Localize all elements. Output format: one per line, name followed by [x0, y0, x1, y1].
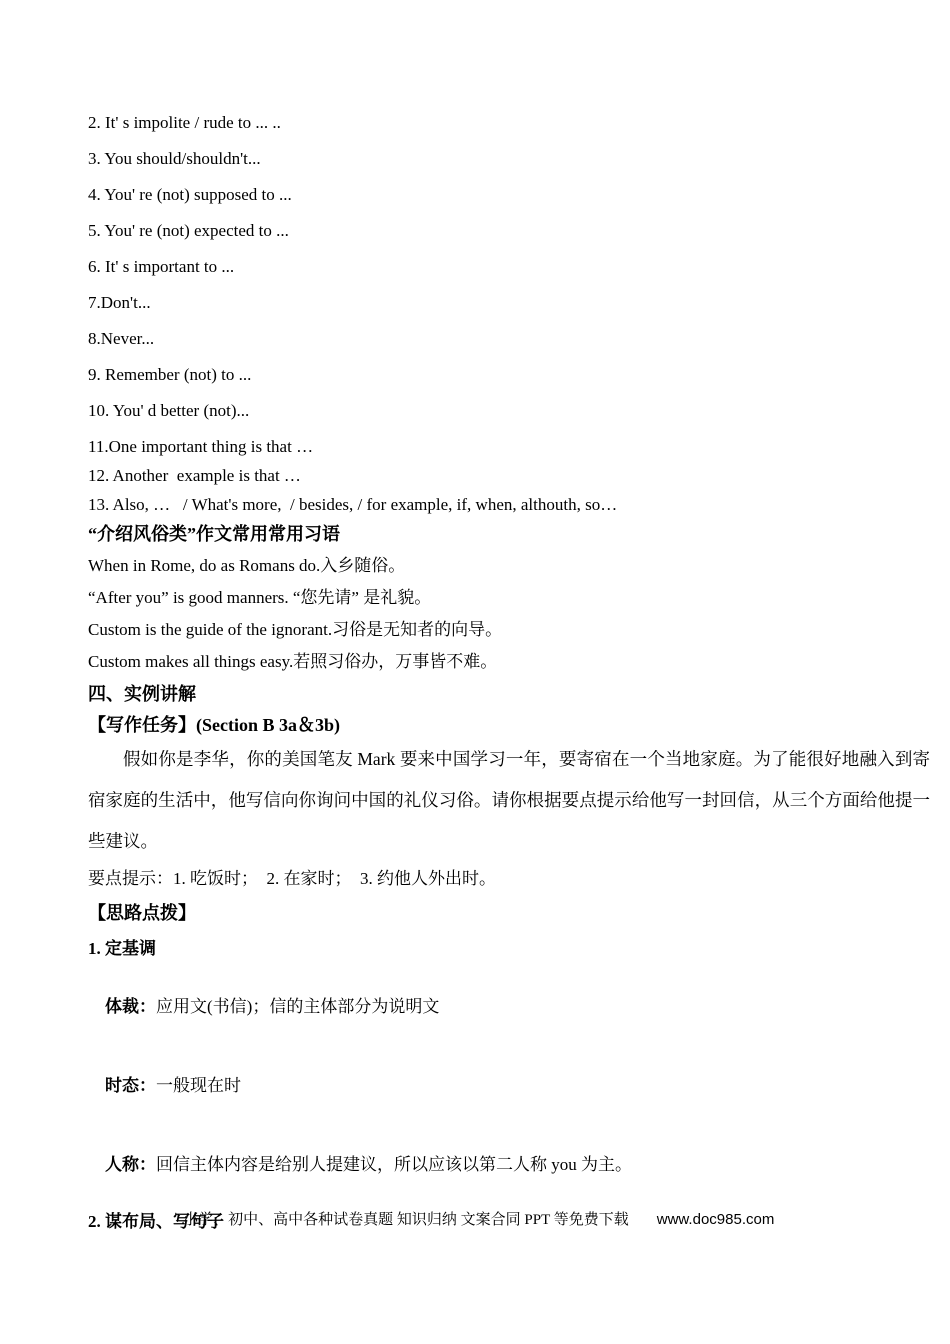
list-item: 5. You' re (not) expected to ...	[88, 220, 930, 242]
footer-text: 小学、初中、高中各种试卷真题 知识归纳 文案合同 PPT 等免费下载	[183, 1212, 629, 1228]
footer-url: www.doc985.com	[657, 1211, 775, 1228]
tip-person-label: 人称：	[105, 1155, 156, 1174]
idiom-section-heading: “介绍风俗类”作文常用常用习语	[88, 523, 930, 546]
idiom-line: Custom makes all things easy.若照习俗办，万事皆不难…	[88, 651, 930, 673]
list-item: 9. Remember (not) to ...	[88, 364, 930, 386]
tip-genre-text: 应用文(书信)；信的主体部分为说明文	[156, 997, 439, 1016]
tip-person-text: 回信主体内容是给别人提建议，所以应该以第二人称 you 为主。	[156, 1155, 632, 1174]
list-item: 11.One important thing is that …	[88, 436, 930, 458]
tip-tense-line: 时态：一般现在时	[88, 1053, 930, 1119]
idiom-line: “After you” is good manners. “您先请” 是礼貌。	[88, 587, 930, 609]
idiom-line: Custom is the guide of the ignorant.习俗是无…	[88, 619, 930, 641]
section-heading: 四、实例讲解	[88, 683, 930, 706]
tip-genre-line: 体裁：应用文(书信)；信的主体部分为说明文	[88, 974, 930, 1040]
writing-task-heading: 【写作任务】(Section B 3a＆3b)	[88, 714, 930, 737]
tip-tense-text: 一般现在时	[156, 1076, 241, 1095]
tip1-heading: 1. 定基调	[88, 938, 930, 960]
list-item: 3. You should/shouldn't...	[88, 148, 930, 170]
list-item: 6. It' s important to ...	[88, 256, 930, 278]
list-item: 4. You' re (not) supposed to ...	[88, 184, 930, 206]
list-item: 10. You' d better (not)...	[88, 400, 930, 422]
key-points-line: 要点提示：1. 吃饭时； 2. 在家时； 3. 约他人外出时。	[88, 868, 930, 890]
document-page: 2. It' s impolite / rude to ... .. 3. Yo…	[0, 0, 950, 1344]
tips-heading: 【思路点拨】	[88, 902, 930, 925]
list-item: 13. Also, … / What's more, / besides, / …	[88, 494, 930, 516]
list-item: 12. Another example is that …	[88, 465, 930, 487]
list-item: 7.Don't...	[88, 292, 930, 314]
list-item: 8.Never...	[88, 328, 930, 350]
writing-task-paragraph: 假如你是李华，你的美国笔友 Mark 要来中国学习一年，要寄宿在一个当地家庭。为…	[88, 739, 930, 862]
tip-person-line: 人称：回信主体内容是给别人提建议，所以应该以第二人称 you 为主。	[88, 1132, 930, 1198]
list-item: 2. It' s impolite / rude to ... ..	[88, 112, 930, 134]
tip-genre-label: 体裁：	[105, 997, 156, 1016]
page-footer: 小学、初中、高中各种试卷真题 知识归纳 文案合同 PPT 等免费下载www.do…	[0, 1190, 950, 1230]
idiom-line: When in Rome, do as Romans do.入乡随俗。	[88, 555, 930, 577]
tip-tense-label: 时态：	[105, 1076, 156, 1095]
